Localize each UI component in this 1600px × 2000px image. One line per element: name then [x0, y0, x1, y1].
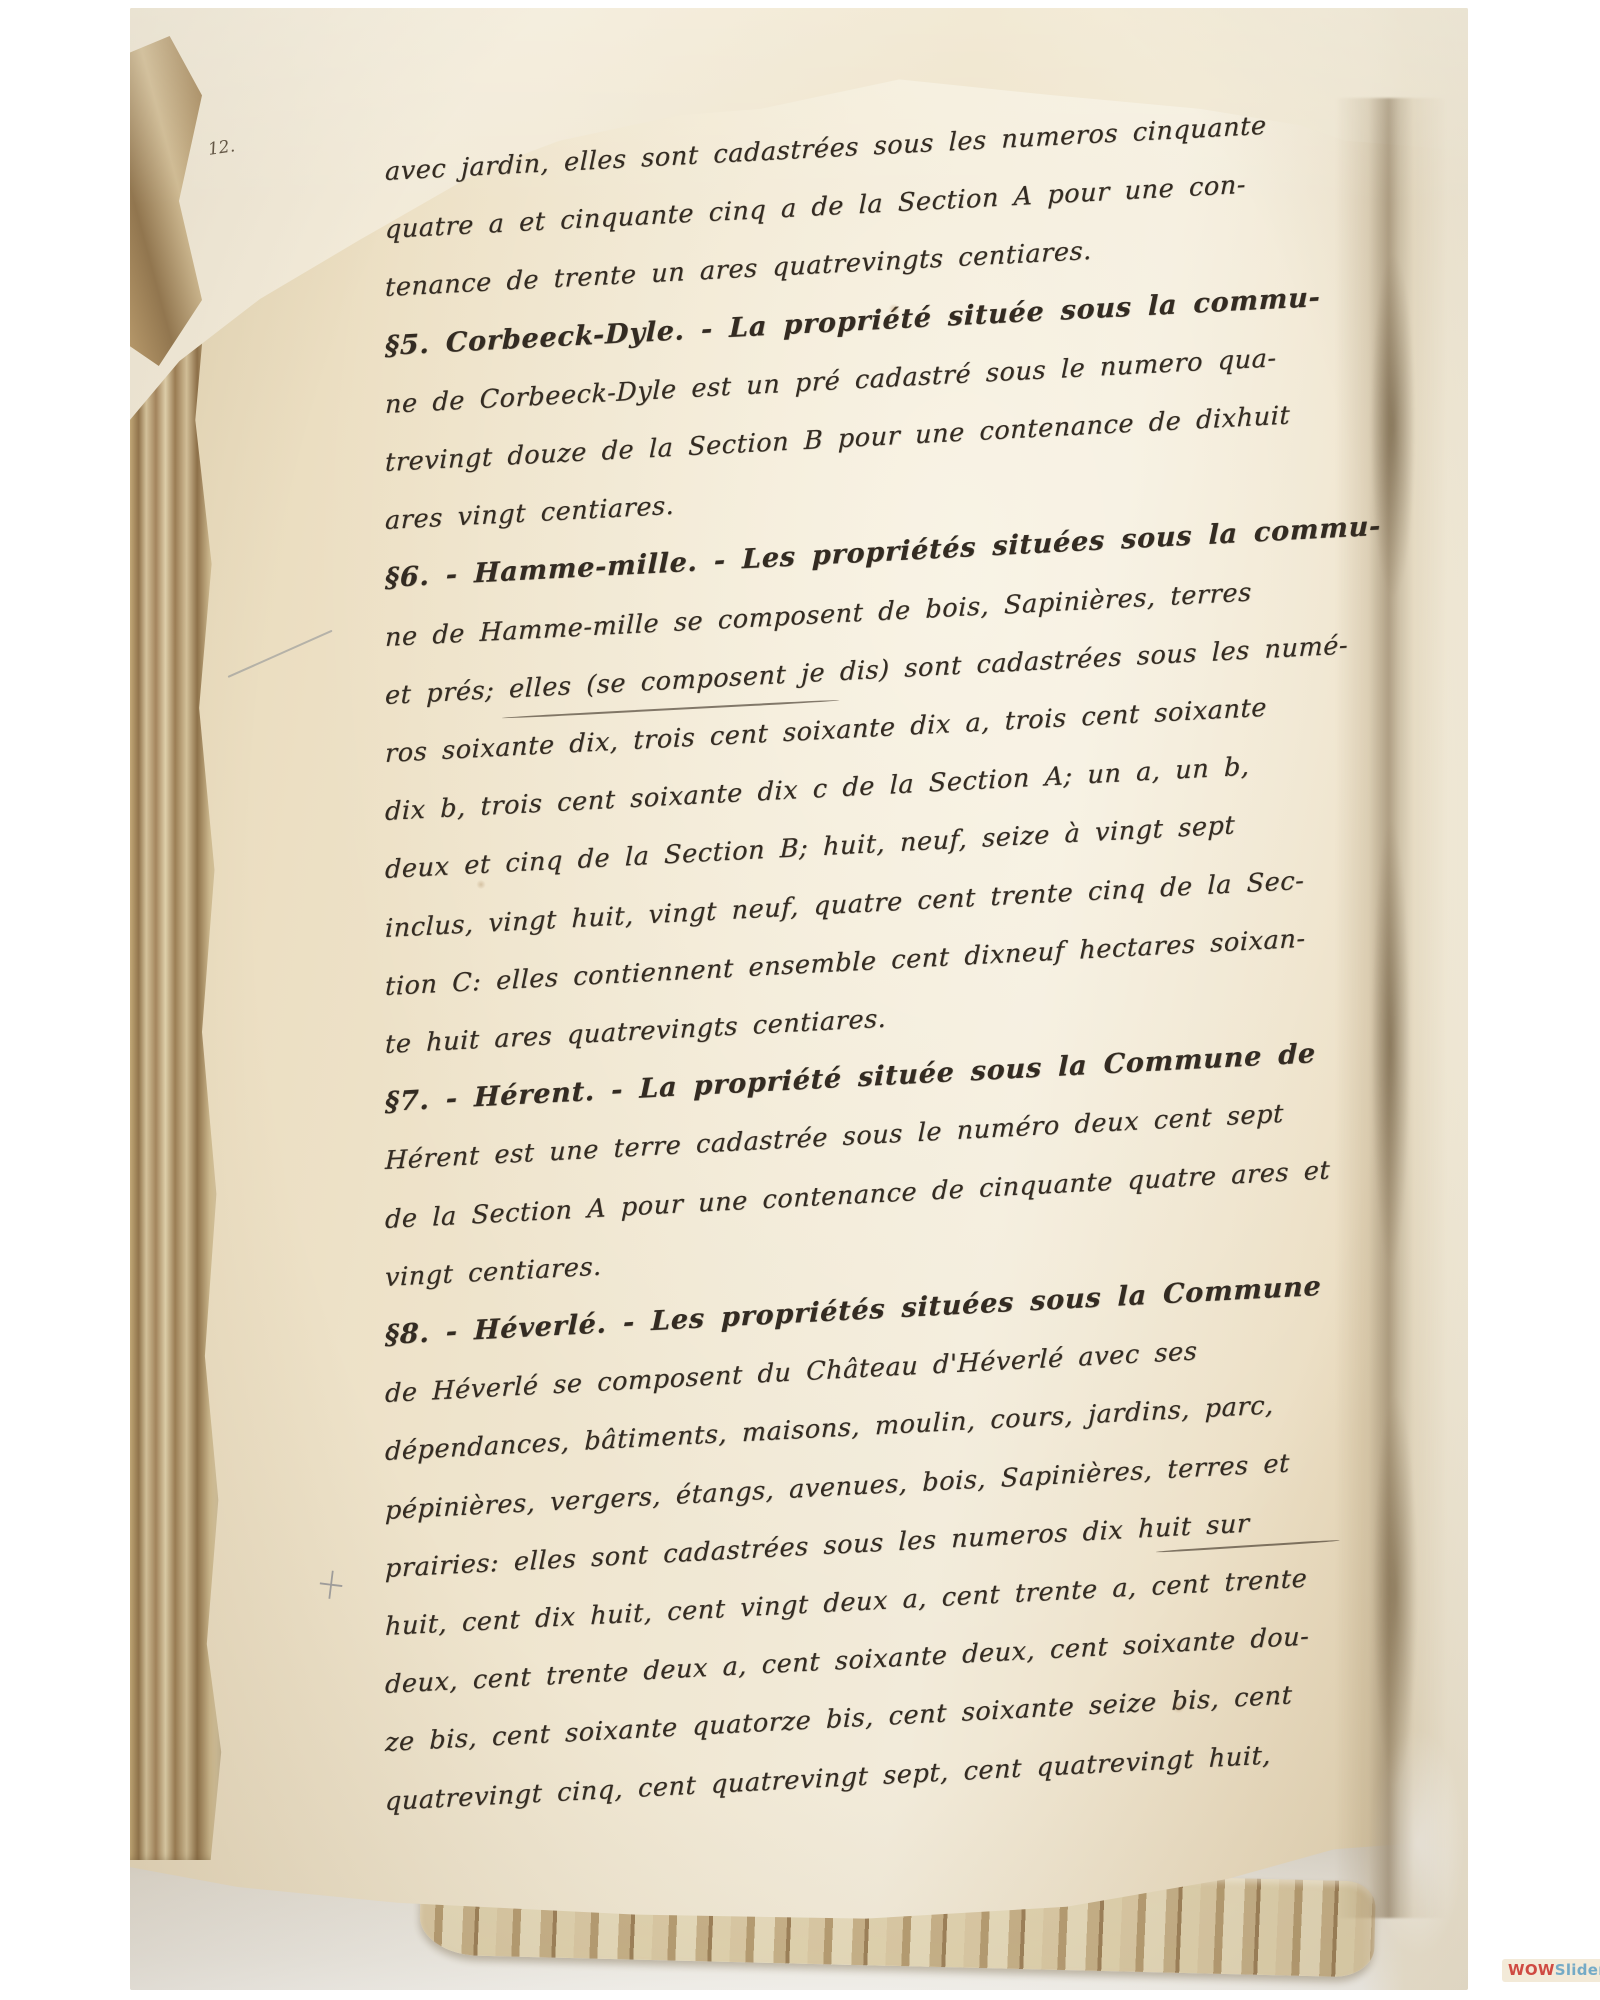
manuscript-line: ares vingt centiares. — [385, 486, 675, 541]
watermark-slider-text: Slider — [1555, 1961, 1600, 1979]
manuscript-line: vingt centiares. — [385, 1247, 603, 1298]
manuscript-line: te huit ares quatrevingts centiares. — [385, 999, 887, 1065]
pencil-stroke — [228, 630, 333, 678]
fox-spot — [1172, 1702, 1185, 1713]
watermark-wow-text: WOW — [1508, 1961, 1555, 1979]
wowslider-watermark[interactable]: WOWSlider — [1502, 1959, 1600, 1982]
fox-spot — [888, 304, 900, 314]
page-number: 12. — [207, 136, 237, 160]
fox-spot — [476, 880, 486, 889]
book-photo: 12. avec jardin, elles sont cadastrées s… — [130, 8, 1468, 1990]
pencil-cross-mark: + — [313, 1557, 349, 1612]
handwriting-layer: 12. avec jardin, elles sont cadastrées s… — [130, 8, 1468, 1990]
